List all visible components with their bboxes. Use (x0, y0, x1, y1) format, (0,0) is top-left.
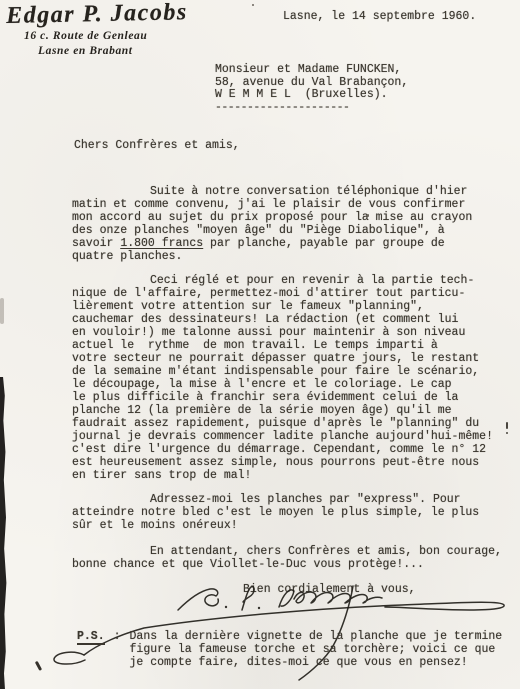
salutation: Chers Confrères et amis, (74, 139, 512, 152)
paragraph-4: En attendant, chers Confrères et amis, b… (72, 545, 512, 571)
scan-speck (506, 422, 508, 429)
paragraph-3: Adressez-moi les planches par "express".… (72, 493, 512, 532)
letterhead-address-line-1: 16 c. Route de Genleau (24, 29, 187, 44)
postscript-separator: : (114, 630, 121, 643)
letterhead-name: Edgar P. Jacobs (6, 0, 188, 29)
paragraph-1: Suite à notre conversation téléphonique … (72, 185, 512, 263)
scan-speck (367, 214, 369, 217)
postscript-text: Dans la dernière vignette de la planche … (130, 630, 503, 669)
recipient-underline: --------------------- (215, 101, 349, 114)
paragraph-2: Ceci réglé et pour en revenir à la parti… (72, 274, 512, 482)
letterhead-address-line-2: Lasne en Brabant (38, 44, 187, 59)
scan-speck (506, 432, 508, 434)
recipient-address: Monsieur et Madame FUNCKEN, 58, avenue d… (215, 64, 408, 102)
postscript: P.S. : Dans la dernière vignette de la p… (77, 630, 502, 669)
letter-page: Edgar P. Jacobs 16 c. Route de Genleau L… (0, 0, 520, 689)
letter-body: Chers Confrères et amis, Suite à notre c… (72, 139, 512, 596)
letterhead: Edgar P. Jacobs 16 c. Route de Genleau L… (6, 3, 187, 59)
closing-line: Bien cordialement à vous, (243, 583, 512, 596)
scan-edge-smudge (0, 298, 4, 324)
postscript-label: P.S. (77, 630, 105, 645)
dateline: Lasne, le 14 septembre 1960. (283, 10, 476, 23)
scan-pen-tick (35, 661, 42, 671)
scan-speck (252, 4, 254, 6)
scan-edge-streak (0, 377, 8, 689)
price-underlined: 1.800 francs (120, 237, 203, 250)
